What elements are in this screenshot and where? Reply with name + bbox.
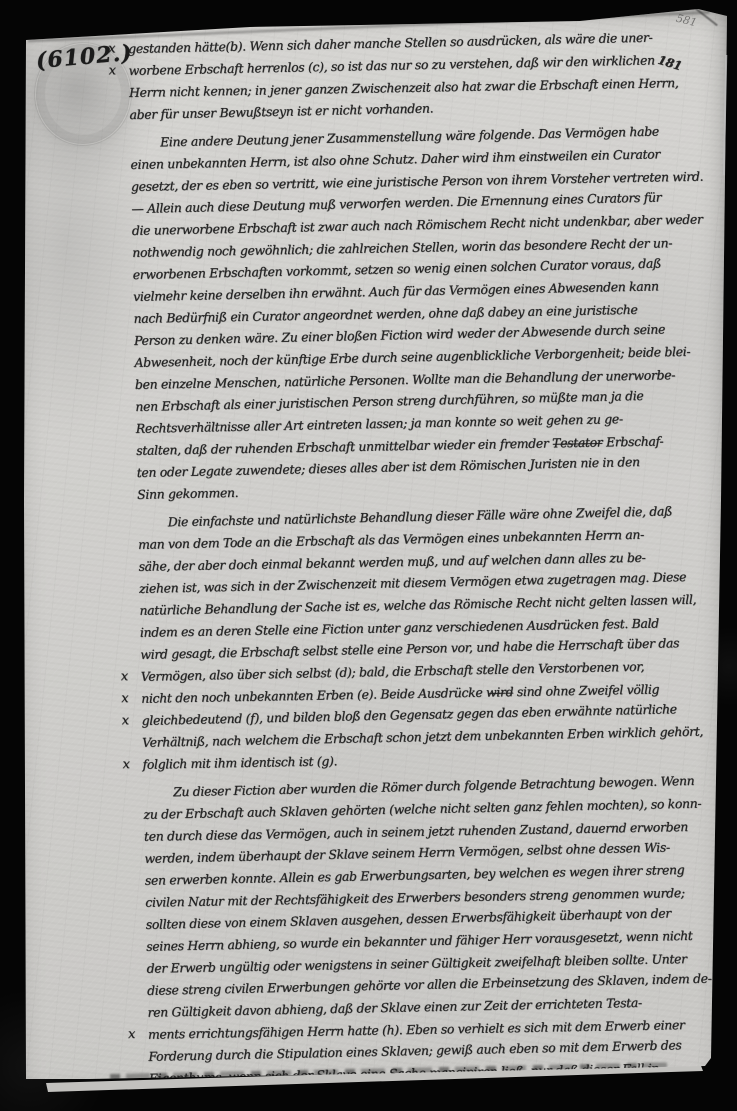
scan-background: 581 (6102.) xgestanden hätte(b). Wenn si… [0, 0, 737, 1111]
margin-x-mark: x [122, 754, 129, 776]
margin-x-mark: x [108, 38, 116, 60]
paragraph: Eine andere Deutung jener Zusammenstellu… [130, 120, 725, 506]
line-text: folglich mit ihm identisch ist (g). [142, 753, 337, 771]
manuscript-page: 581 (6102.) xgestanden hätte(b). Wenn si… [0, 0, 737, 1111]
paragraph: Zu dieser Fiction aber wurden die Römer … [143, 770, 737, 1090]
line-text: Sinn gekommen. [137, 485, 238, 502]
margin-x-mark: x [121, 688, 128, 710]
margin-x-mark: x [108, 60, 115, 82]
paragraph: xgestanden hätte(b). Wenn sich daher man… [128, 26, 718, 126]
margin-x-mark: x [121, 666, 128, 688]
margin-x-mark: x [128, 1024, 135, 1046]
line-text: aber für unser Bewußtseyn ist er nicht v… [129, 100, 433, 122]
margin-x-mark: x [121, 710, 129, 732]
text-block: xgestanden hätte(b). Wenn sich daher man… [128, 26, 737, 1096]
paragraph: Die einfachste und natürlichste Behandlu… [138, 500, 731, 776]
